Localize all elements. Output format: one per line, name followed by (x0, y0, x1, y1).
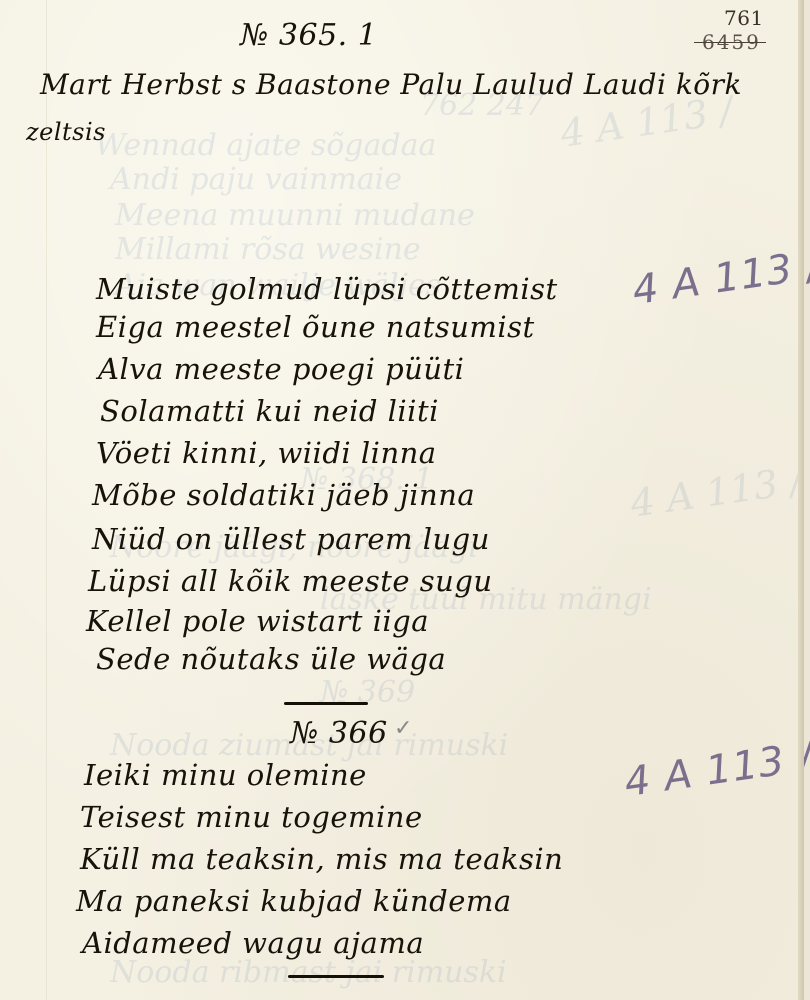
verse-line: Vöeti kinni, wiidi linna (96, 436, 437, 470)
page-edge (798, 0, 804, 1000)
song-separator-rule (284, 702, 368, 705)
end-rule (288, 975, 384, 978)
bleed-through-line: Wennad ajate sõgadaa (95, 128, 436, 163)
archive-number-current: 761 (724, 6, 764, 30)
bleed-through-line: Meena muunni mudane (115, 198, 475, 233)
verse-line: Lüpsi all kõik meeste sugu (88, 564, 493, 598)
verse-line: Ieiki minu olemine (84, 758, 367, 792)
verse-line: Aidameed wagu ajama (82, 926, 424, 960)
verse-line: Sede nõutaks üle wäga (96, 642, 446, 676)
verse-line: Alva meeste poegi püüti (98, 352, 464, 386)
bleed-through-line: Nooda ribmast jai rimuski (110, 955, 507, 990)
verse-line: Teisest minu togemine (80, 800, 423, 834)
paper-fold-shade (46, 0, 47, 1000)
verse-line: Muiste golmud lüpsi cõttemist (96, 272, 558, 306)
song-number-365: № 365. 1 (240, 18, 377, 53)
pencil-reference-365: 4 A 113 / 1 (630, 236, 810, 314)
verse-line: Kellel pole wistart iiga (86, 604, 429, 638)
verse-line: Ma paneksi kubjad kündema (76, 884, 512, 918)
pencil-reference-366: 4 A 113 / 1 (622, 728, 810, 806)
bleed-through-line: Millami rõsa wesine (115, 232, 421, 267)
verse-line: Küll ma teaksin, mis ma teaksin (80, 842, 563, 876)
bleed-through-reference-mid: 4 A 113 / (628, 458, 806, 526)
song-number-366: № 366 (290, 716, 388, 751)
check-mark-icon: ✓ (394, 716, 412, 741)
verse-line: Solamatti kui neid liiti (100, 394, 439, 428)
verse-line: Niüd on üllest parem lugu (92, 522, 490, 556)
verse-line: Mõbe soldatiki jäeb jinna (92, 478, 475, 512)
strike-through-line (694, 42, 766, 43)
song-header-line-1: Mart Herbst s Baastone Palu Laulud Laudi… (40, 68, 742, 101)
manuscript-page: 762 247 Wennad ajate sõgadaa Andi paju v… (0, 0, 804, 1000)
bleed-through-line: Andi paju vainmaie (110, 162, 402, 197)
song-header-line-2: zeltsis (26, 118, 106, 146)
verse-line: Eiga meestel õune natsumist (96, 310, 535, 344)
